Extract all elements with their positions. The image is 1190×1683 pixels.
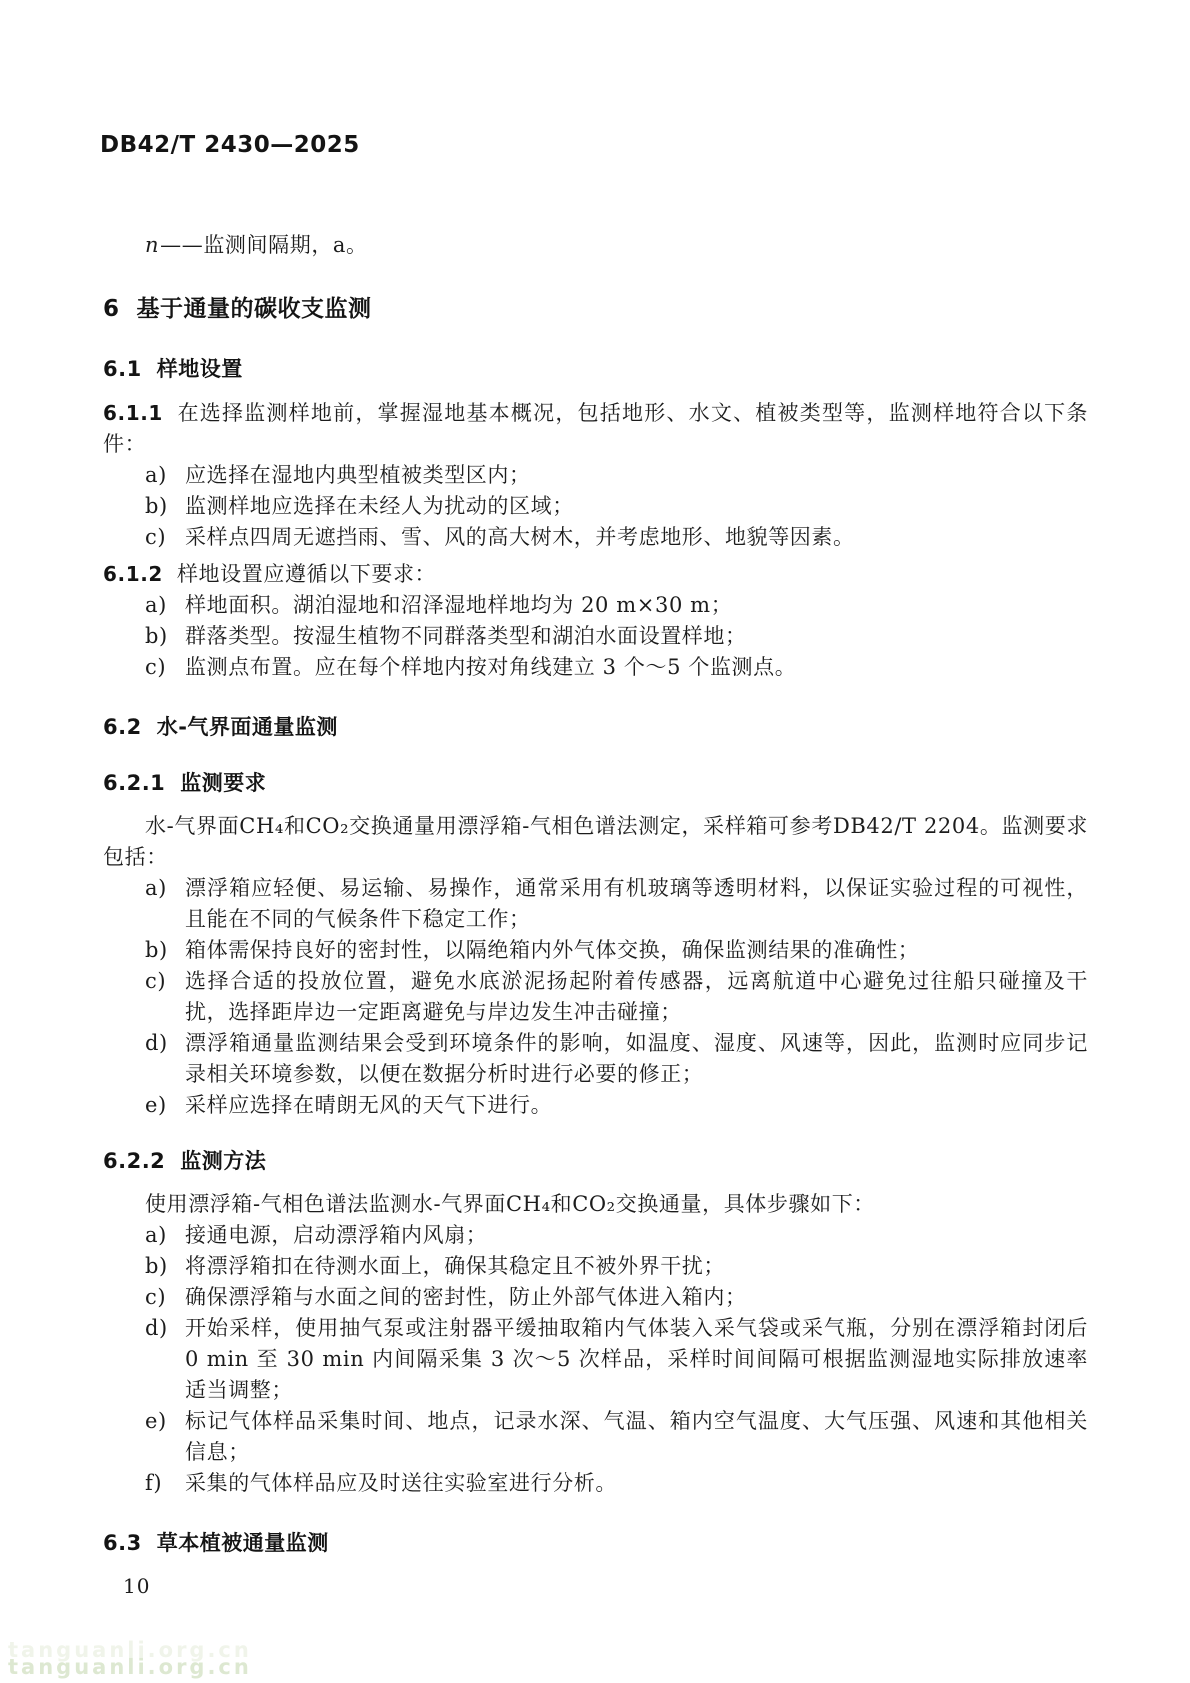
list-item-text: 开始采样，使用抽气泵或注射器平缓抽取箱内气体装入采气袋或采气瓶，分别在漂浮箱封闭… xyxy=(185,1313,1088,1406)
list-item-label: a) xyxy=(145,1220,185,1251)
list-item-text: 箱体需保持良好的密封性，以隔绝箱内外气体交换，确保监测结果的准确性； xyxy=(185,935,1088,966)
heading-6: 6基于通量的碳收支监测 xyxy=(103,294,1088,325)
list-item-text: 漂浮箱应轻便、易运输、易操作，通常采用有机玻璃等透明材料，以保证实验过程的可视性… xyxy=(185,873,1088,935)
list-item: a)漂浮箱应轻便、易运输、易操作，通常采用有机玻璃等透明材料，以保证实验过程的可… xyxy=(103,873,1088,935)
list-6-1-2: a)样地面积。湖泊湿地和沼泽湿地样地均为 20 m×30 m； b)群落类型。按… xyxy=(103,590,1088,683)
heading-6-2-1-number: 6.2.1 xyxy=(103,771,165,795)
list-item-label: b) xyxy=(145,621,185,652)
list-item-label: c) xyxy=(145,652,185,683)
list-item-text: 将漂浮箱扣在待测水面上，确保其稳定且不被外界干扰； xyxy=(185,1251,1088,1282)
clause-6-1-1-text: 在选择监测样地前，掌握湿地基本概况，包括地形、水文、植被类型等，监测样地符合以下… xyxy=(103,401,1088,456)
list-item: c)采样点四周无遮挡雨、雪、风的高大树木，并考虑地形、地貌等因素。 xyxy=(103,522,1088,553)
list-item-label: c) xyxy=(145,522,185,553)
symbol-n: n xyxy=(145,233,159,257)
heading-6-3: 6.3草本植被通量监测 xyxy=(103,1528,1088,1559)
watermark: tanguanli.org.cn xyxy=(8,1655,252,1679)
list-item-text: 接通电源，启动漂浮箱内风扇； xyxy=(185,1220,1088,1251)
heading-6-2-title: 水-气界面通量监测 xyxy=(157,715,338,739)
list-item-text: 标记气体样品采集时间、地点，记录水深、气温、箱内空气温度、大气压强、风速和其他相… xyxy=(185,1406,1088,1468)
list-item: c)监测点布置。应在每个样地内按对角线建立 3 个～5 个监测点。 xyxy=(103,652,1088,683)
list-item: d)开始采样，使用抽气泵或注射器平缓抽取箱内气体装入采气袋或采气瓶，分别在漂浮箱… xyxy=(103,1313,1088,1406)
document-page: DB42/T 2430—2025 n——监测间隔期，a。 6基于通量的碳收支监测… xyxy=(0,0,1190,1683)
list-item-label: e) xyxy=(145,1090,185,1121)
list-item: b)将漂浮箱扣在待测水面上，确保其稳定且不被外界干扰； xyxy=(103,1251,1088,1282)
list-item-label: b) xyxy=(145,1251,185,1282)
page-content: n——监测间隔期，a。 6基于通量的碳收支监测 6.1样地设置 6.1.1在选择… xyxy=(103,230,1088,1602)
list-item-label: c) xyxy=(145,966,185,1028)
list-item-text: 采样点四周无遮挡雨、雪、风的高大树木，并考虑地形、地貌等因素。 xyxy=(185,522,1088,553)
heading-6-1-number: 6.1 xyxy=(103,357,142,381)
heading-6-2-2-number: 6.2.2 xyxy=(103,1149,165,1173)
list-item-label: b) xyxy=(145,935,185,966)
heading-6-2-2-title: 监测方法 xyxy=(180,1149,266,1173)
list-item: a)应选择在湿地内典型植被类型区内； xyxy=(103,460,1088,491)
list-item: a)接通电源，启动漂浮箱内风扇； xyxy=(103,1220,1088,1251)
list-item-label: b) xyxy=(145,491,185,522)
list-item-text: 监测样地应选择在未经人为扰动的区域； xyxy=(185,491,1088,522)
list-item-label: f) xyxy=(145,1468,185,1499)
heading-6-number: 6 xyxy=(103,296,120,322)
list-item-text: 确保漂浮箱与水面之间的密封性，防止外部气体进入箱内； xyxy=(185,1282,1088,1313)
clause-6-1-2-number: 6.1.2 xyxy=(103,562,163,586)
paragraph-6-2-2: 使用漂浮箱-气相色谱法监测水-气界面CH₄和CO₂交换通量，具体步骤如下： xyxy=(103,1189,1088,1220)
list-item-text: 监测点布置。应在每个样地内按对角线建立 3 个～5 个监测点。 xyxy=(185,652,1088,683)
list-item: a)样地面积。湖泊湿地和沼泽湿地样地均为 20 m×30 m； xyxy=(103,590,1088,621)
list-item-label: a) xyxy=(145,590,185,621)
list-item-label: d) xyxy=(145,1028,185,1090)
list-item-text: 漂浮箱通量监测结果会受到环境条件的影响，如温度、湿度、风速等，因此，监测时应同步… xyxy=(185,1028,1088,1090)
list-item: c)确保漂浮箱与水面之间的密封性，防止外部气体进入箱内； xyxy=(103,1282,1088,1313)
list-item-text: 采集的气体样品应及时送往实验室进行分析。 xyxy=(185,1468,1088,1499)
paragraph-6-2-1: 水-气界面CH₄和CO₂交换通量用漂浮箱-气相色谱法测定，采样箱可参考DB42/… xyxy=(103,811,1088,873)
heading-6-title: 基于通量的碳收支监测 xyxy=(137,296,372,322)
list-item-text: 群落类型。按湿生植物不同群落类型和湖泊水面设置样地； xyxy=(185,621,1088,652)
list-item-label: d) xyxy=(145,1313,185,1406)
list-item: e)标记气体样品采集时间、地点，记录水深、气温、箱内空气温度、大气压强、风速和其… xyxy=(103,1406,1088,1468)
list-item-label: a) xyxy=(145,873,185,935)
clause-6-1-2: 6.1.2样地设置应遵循以下要求： xyxy=(103,559,1088,590)
list-item-label: a) xyxy=(145,460,185,491)
list-item-label: e) xyxy=(145,1406,185,1468)
list-6-2-2: a)接通电源，启动漂浮箱内风扇； b)将漂浮箱扣在待测水面上，确保其稳定且不被外… xyxy=(103,1220,1088,1499)
list-item: c)选择合适的投放位置，避免水底淤泥扬起附着传感器，远离航道中心避免过往船只碰撞… xyxy=(103,966,1088,1028)
list-item: b)箱体需保持良好的密封性，以隔绝箱内外气体交换，确保监测结果的准确性； xyxy=(103,935,1088,966)
list-6-1-1: a)应选择在湿地内典型植被类型区内； b)监测样地应选择在未经人为扰动的区域； … xyxy=(103,460,1088,553)
heading-6-2-1-title: 监测要求 xyxy=(180,771,266,795)
clause-6-1-1: 6.1.1在选择监测样地前，掌握湿地基本概况，包括地形、水文、植被类型等，监测样… xyxy=(103,398,1088,460)
list-item: b)监测样地应选择在未经人为扰动的区域； xyxy=(103,491,1088,522)
heading-6-2-number: 6.2 xyxy=(103,715,142,739)
list-item-text: 选择合适的投放位置，避免水底淤泥扬起附着传感器，远离航道中心避免过往船只碰撞及干… xyxy=(185,966,1088,1028)
symbol-definition-text: ——监测间隔期，a。 xyxy=(160,233,368,257)
document-code: DB42/T 2430—2025 xyxy=(100,132,360,158)
list-item-text: 样地面积。湖泊湿地和沼泽湿地样地均为 20 m×30 m； xyxy=(185,590,1088,621)
list-item-text: 应选择在湿地内典型植被类型区内； xyxy=(185,460,1088,491)
symbol-definition: n——监测间隔期，a。 xyxy=(145,230,1088,261)
list-6-2-1: a)漂浮箱应轻便、易运输、易操作，通常采用有机玻璃等透明材料，以保证实验过程的可… xyxy=(103,873,1088,1121)
list-item-text: 采样应选择在晴朗无风的天气下进行。 xyxy=(185,1090,1088,1121)
clause-6-1-1-number: 6.1.1 xyxy=(103,401,163,425)
heading-6-3-number: 6.3 xyxy=(103,1531,142,1555)
list-item: e)采样应选择在晴朗无风的天气下进行。 xyxy=(103,1090,1088,1121)
heading-6-2-1: 6.2.1监测要求 xyxy=(103,768,1088,799)
list-item: d)漂浮箱通量监测结果会受到环境条件的影响，如温度、湿度、风速等，因此，监测时应… xyxy=(103,1028,1088,1090)
heading-6-1-title: 样地设置 xyxy=(157,357,243,381)
heading-6-2: 6.2水-气界面通量监测 xyxy=(103,712,1088,743)
heading-6-3-title: 草本植被通量监测 xyxy=(157,1531,329,1555)
list-item: b)群落类型。按湿生植物不同群落类型和湖泊水面设置样地； xyxy=(103,621,1088,652)
page-number: 10 xyxy=(123,1571,1088,1602)
list-item-label: c) xyxy=(145,1282,185,1313)
heading-6-2-2: 6.2.2监测方法 xyxy=(103,1146,1088,1177)
list-item: f)采集的气体样品应及时送往实验室进行分析。 xyxy=(103,1468,1088,1499)
heading-6-1: 6.1样地设置 xyxy=(103,354,1088,385)
clause-6-1-2-text: 样地设置应遵循以下要求： xyxy=(177,562,436,586)
